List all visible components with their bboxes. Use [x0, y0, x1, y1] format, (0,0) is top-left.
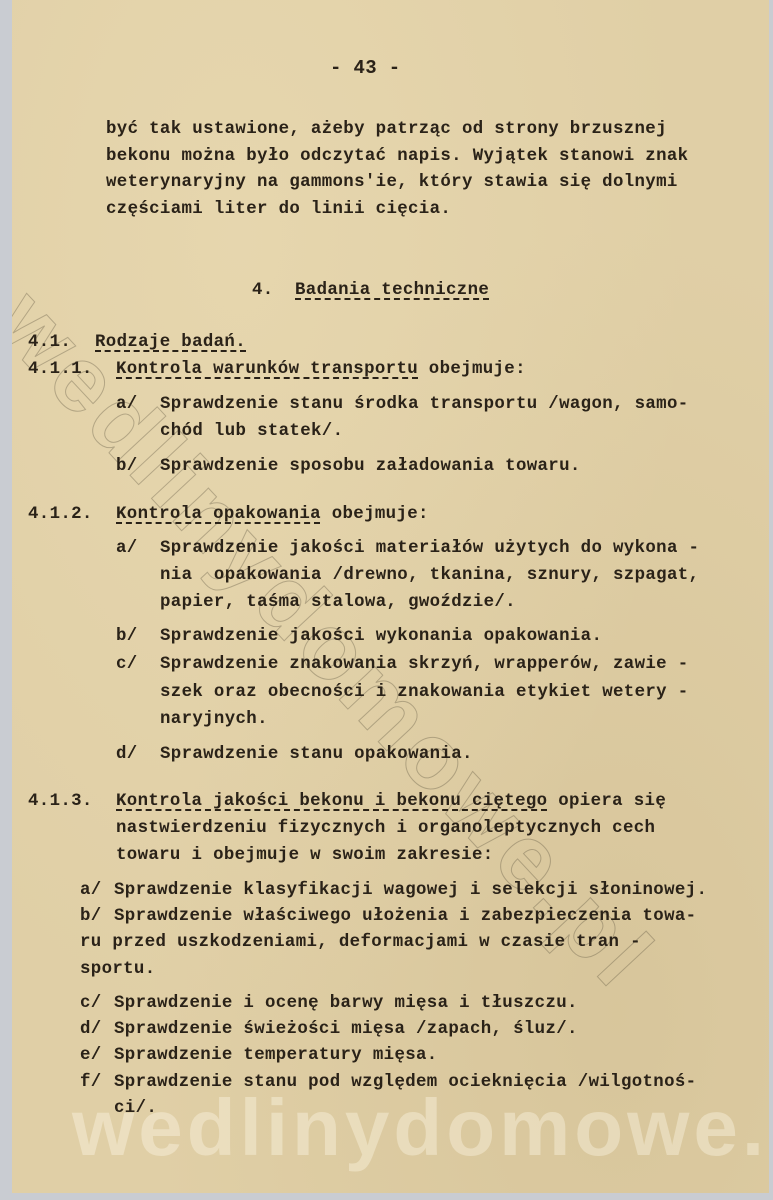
page-number: - 43 - — [330, 58, 401, 78]
point-line: sportu. — [80, 960, 156, 980]
intro-line: być tak ustawione, ażeby patrząc od stro… — [106, 120, 667, 140]
point-label: a/ — [80, 881, 102, 901]
item-suffix: obejmuje: — [418, 360, 526, 379]
point-line: Sprawdzenie stanu środka transportu /wag… — [160, 395, 689, 415]
point-line: Sprawdzenie klasyfikacji wagowej i selek… — [114, 881, 707, 901]
intro-line: weterynaryjny na gammons'ie, który stawi… — [106, 173, 678, 193]
point-label: c/ — [116, 655, 138, 675]
item-number: 4.1.2. — [28, 505, 93, 525]
point-label: b/ — [116, 627, 138, 647]
point-line: Sprawdzenie sposobu załadowania towaru. — [160, 457, 581, 477]
point-line: Sprawdzenie stanu pod względem ocieknięc… — [114, 1073, 696, 1093]
bottom-watermark: wedlinydomowe.pl — [72, 1082, 769, 1174]
point-line: papier, taśma stalowa, gwoździe/. — [160, 593, 516, 613]
subsection-number: 4.1. — [28, 333, 71, 353]
item-heading: Kontrola jakości bekonu i bekonu ciętego… — [116, 792, 666, 812]
point-label: b/ — [80, 907, 102, 927]
section-title: Badania techniczne — [295, 281, 489, 301]
document-page: wedlinydomowe.pl - 43 - być tak ustawion… — [12, 0, 769, 1193]
point-label: e/ — [80, 1046, 102, 1066]
item-continuation: nastwierdzeniu fizycznych i organoleptyc… — [116, 819, 655, 839]
item-number: 4.1.1. — [28, 360, 93, 380]
point-line: Sprawdzenie jakości wykonania opakowania… — [160, 627, 602, 647]
intro-line: bekonu można było odczytać napis. Wyjąte… — [106, 147, 688, 167]
point-line: Sprawdzenie i ocenę barwy mięsa i tłuszc… — [114, 994, 578, 1014]
point-label: a/ — [116, 395, 138, 415]
item-suffix: opiera się — [547, 792, 666, 811]
item-title: Kontrola jakości bekonu i bekonu ciętego — [116, 792, 547, 811]
point-line: Sprawdzenie stanu opakowania. — [160, 745, 473, 765]
point-line: szek oraz obecności i znakowania etykiet… — [160, 683, 689, 703]
intro-line: częściami liter do linii cięcia. — [106, 200, 451, 220]
point-line: naryjnych. — [160, 710, 268, 730]
point-line: Sprawdzenie znakowania skrzyń, wrapperów… — [160, 655, 689, 675]
point-line: ru przed uszkodzeniami, deformacjami w c… — [80, 933, 641, 953]
item-continuation: towaru i obejmuje w swoim zakresie: — [116, 846, 494, 866]
item-heading: Kontrola warunków transportu obejmuje: — [116, 360, 526, 380]
item-number: 4.1.3. — [28, 792, 93, 812]
point-label: d/ — [116, 745, 138, 765]
point-label: d/ — [80, 1020, 102, 1040]
item-title: Kontrola warunków transportu — [116, 360, 418, 379]
point-line: Sprawdzenie właściwego ułożenia i zabezp… — [114, 907, 696, 927]
point-label: f/ — [80, 1073, 102, 1093]
item-heading: Kontrola opakowania obejmuje: — [116, 505, 429, 525]
point-line: chód lub statek/. — [160, 422, 343, 442]
point-label: b/ — [116, 457, 138, 477]
subsection-title: Rodzaje badań. — [95, 333, 246, 353]
point-line: ci/. — [114, 1099, 157, 1119]
item-suffix: obejmuje: — [321, 505, 429, 524]
point-line: Sprawdzenie jakości materiałów użytych d… — [160, 539, 699, 559]
item-title: Kontrola opakowania — [116, 505, 321, 524]
point-label: c/ — [80, 994, 102, 1014]
section-number: 4. — [252, 281, 274, 301]
point-line: Sprawdzenie świeżości mięsa /zapach, ślu… — [114, 1020, 578, 1040]
point-label: a/ — [116, 539, 138, 559]
point-line: nia opakowania /drewno, tkanina, sznury,… — [160, 566, 699, 586]
point-line: Sprawdzenie temperatury mięsa. — [114, 1046, 438, 1066]
